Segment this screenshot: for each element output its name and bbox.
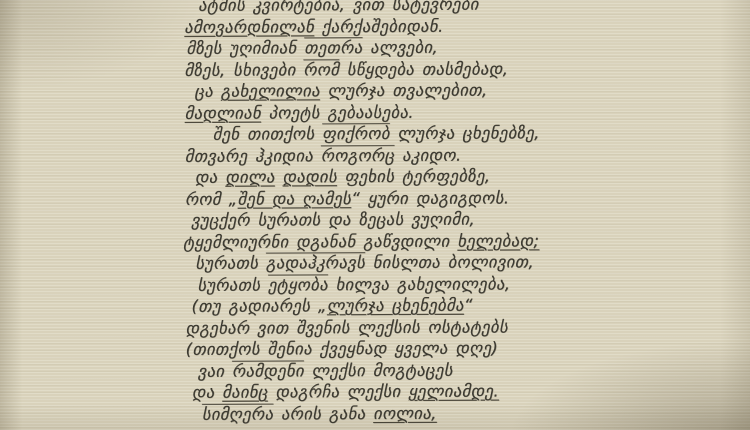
underlined-word: ხელებად; xyxy=(457,231,539,250)
poem-word: ვაი xyxy=(198,361,232,380)
poem-text: ატმის კვირტებია, ვით სატევრებიამოვარდნილ… xyxy=(0,0,750,426)
flourished-word: ფიქრობ xyxy=(322,124,390,143)
poem-word: ფეხის ტერფებზე, xyxy=(337,166,490,186)
poem-word xyxy=(275,167,283,186)
poem-word: და xyxy=(192,383,222,402)
underlined-word: ყელიამდე. xyxy=(408,381,499,400)
flourished-word: ეტყობა xyxy=(268,275,328,294)
poem-word: (თუ გადიარეს „ xyxy=(191,296,327,316)
poem-word: ცა xyxy=(194,82,220,101)
underlined-word: დილა xyxy=(225,167,275,186)
underlined-word: მადლიან xyxy=(185,103,261,122)
poem-word: , ვით სატევრები xyxy=(339,0,478,14)
poem-word: ალვები, xyxy=(362,38,438,57)
flourished-word: სიმღერა xyxy=(202,404,274,423)
poem-word: “ xyxy=(464,296,473,315)
underlined-word: გახელილია xyxy=(221,81,320,100)
poem-word: (თითქოს შენია ქვეყნად ყველა დღე) xyxy=(186,338,499,358)
underlined-word: დადის xyxy=(282,167,337,186)
poem-word: სურათს xyxy=(195,253,266,272)
poem-word: პოეტს გებაასება. xyxy=(261,102,414,122)
underlined-word: იოლია, xyxy=(373,403,437,422)
flourished-word: რომ xyxy=(303,60,339,79)
poem-word: ხილვა გახელილება, xyxy=(328,274,511,294)
poem-word: სწყდება თასმებად, xyxy=(339,59,508,79)
manuscript-photo: ატმის კვირტებია, ვით სატევრებიამოვარდნილ… xyxy=(0,0,750,430)
poem-word: ვუცქერ სურათს და ზეცას ვუღიმი, xyxy=(191,210,475,230)
poem-word: არის განა xyxy=(273,404,373,423)
underlined-word: შენ და ღამეს xyxy=(237,189,351,208)
flourished-word: რამდენი xyxy=(232,361,304,380)
underlined-word: მაინც xyxy=(222,382,268,401)
poem-word: შენ თითქოს xyxy=(213,124,323,143)
poem-word: ქარქაშებიდან. xyxy=(314,16,443,36)
poem-word: ტყემლიურნი დგანან გაწვდილი xyxy=(183,231,457,251)
underlined-word: ლურჯა ცხენებმა xyxy=(327,296,464,316)
poem-word: მზეს, სხივები xyxy=(184,60,303,80)
poem-line: შენ თითქოს ფიქრობ ლურჯა ცხენებზე, xyxy=(30,121,750,146)
poem-word: სურათს xyxy=(197,275,268,294)
poem-word: “ ყური დაგიგდოს. xyxy=(351,188,509,208)
flourished-word: თეთრა xyxy=(304,38,362,57)
poem-word: ლურჯა ცხენებზე, xyxy=(390,123,540,143)
poem-line: სიმღერა არის განა იოლია, xyxy=(19,401,750,426)
poem-word: დაგრჩა ლექსი xyxy=(268,382,409,402)
poem-word: აკიდო. xyxy=(394,145,461,164)
poem-word: და xyxy=(195,168,225,187)
flourished-word: კვირტებია xyxy=(253,0,340,15)
poem-word: დგეხარ ვით შვენის ლექსის ოსტატებს xyxy=(185,317,508,337)
poem-word: ნისლთა ბოლივით, xyxy=(365,252,534,272)
underlined-word: ამოვარდნილან xyxy=(184,17,314,37)
flourished-word: გადაჰკრავს xyxy=(266,253,365,272)
poem-word: ლექსი მოგტაცეს xyxy=(304,360,453,380)
poem-word: მთვარე ჰკიდია xyxy=(185,146,321,166)
poem-word: ატმის xyxy=(198,0,253,15)
flourished-word: როგორც xyxy=(321,145,395,164)
poem-word: რომ „ xyxy=(185,189,238,208)
poem-word: ლურჯა თვალებით, xyxy=(320,81,488,101)
poem-word: მზეს უღიმიან xyxy=(186,38,304,58)
